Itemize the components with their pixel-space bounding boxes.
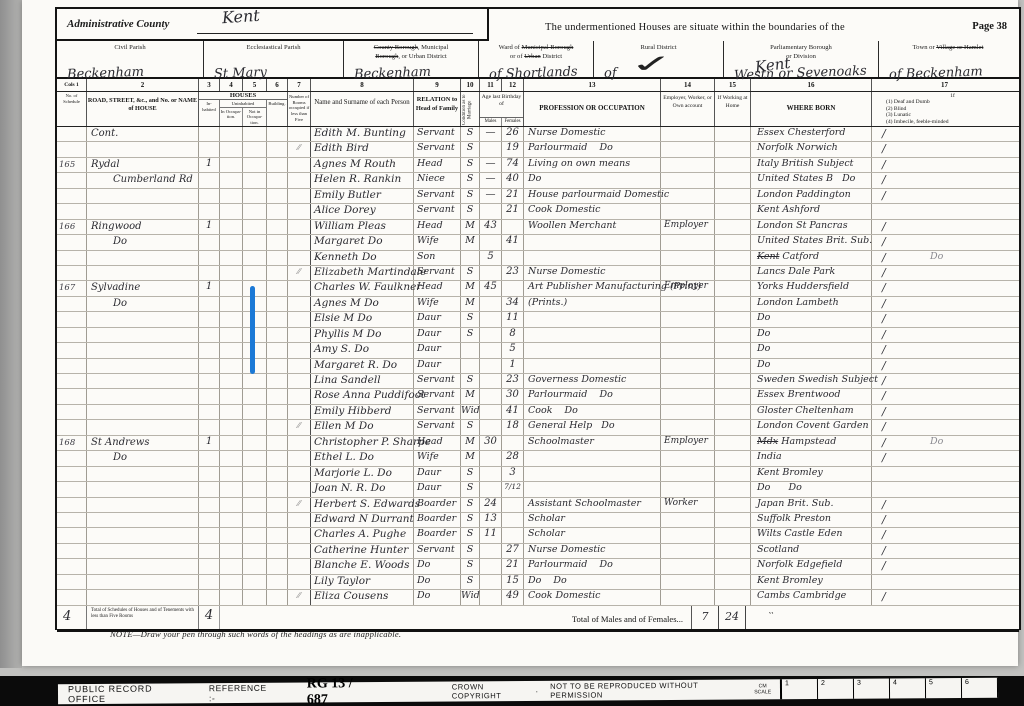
cell-infirmity: / — [872, 235, 1019, 249]
cell-schedule-number: 167 — [57, 281, 87, 295]
cell-employer-worker — [661, 513, 715, 527]
crown-copyright-label: CROWN COPYRIGHT — [452, 682, 524, 701]
cell-employer-worker — [661, 251, 715, 265]
cell-name: Edith Bird — [311, 142, 414, 156]
district-header-cell: Ecclesiastical ParishSt Mary — [204, 41, 344, 77]
cell-where-born: Lancs Dale Park — [751, 266, 872, 280]
cell-employer-worker: Employer — [661, 220, 715, 234]
cell-building — [267, 389, 288, 403]
cell-working-at-home — [715, 251, 751, 265]
column-headers: No. of Schedule ROAD, STREET, &c., and N… — [57, 92, 1019, 127]
cell-working-at-home — [715, 142, 751, 156]
cell-rooms — [288, 544, 311, 558]
cell-occupation: Governess Domestic — [524, 374, 661, 388]
district-header-cell: Parliamentary Boroughor DivisionWestn or… — [724, 41, 879, 77]
cell-age-female: 8 — [502, 328, 524, 342]
footnote: NOTE—Draw your pen through such words of… — [110, 629, 401, 639]
tick-mark: / — [882, 173, 886, 186]
cell-uninhabited-occupied — [220, 590, 243, 604]
cell-building — [267, 559, 288, 573]
cell-address: Ringwood — [87, 220, 199, 234]
cell-employer-worker — [661, 204, 715, 218]
cell-age-female: 26 — [502, 127, 524, 141]
cell-condition: S — [461, 528, 480, 542]
cell-where-born: London St Pancras — [751, 220, 872, 234]
cell-relation: Daur — [414, 328, 461, 342]
cell-rooms — [288, 158, 311, 172]
cell-rooms — [288, 359, 311, 373]
cell-age-male: 24 — [480, 498, 502, 512]
tick-mark: / — [882, 328, 886, 341]
cell-uninhabited-not-occupied — [243, 266, 267, 280]
cell-rooms: ∕∕ — [288, 420, 311, 434]
cell-name: Herbert S. Edwards — [311, 498, 414, 512]
cell-relation: Boarder — [414, 528, 461, 542]
cell-inhabited — [199, 328, 220, 342]
admin-county-value: Kent — [221, 6, 260, 28]
cell-age-male — [480, 544, 502, 558]
cell-rooms — [288, 436, 311, 450]
cell-age-male — [480, 389, 502, 403]
record-row: Cumberland RdHelen R. RankinNieceS—40DoU… — [57, 173, 1019, 188]
cell-schedule-number — [57, 374, 87, 388]
cell-employer-worker — [661, 528, 715, 542]
cell-uninhabited-occupied — [220, 343, 243, 357]
cell-schedule-number — [57, 544, 87, 558]
cell-employer-worker — [661, 467, 715, 481]
cell-working-at-home — [715, 266, 751, 280]
cell-inhabited — [199, 173, 220, 187]
cell-inhabited — [199, 374, 220, 388]
reference-value: RG 13 / 687 — [307, 676, 367, 706]
cell-occupation: Scholar — [524, 528, 661, 542]
cell-age-male — [480, 420, 502, 434]
cell-building — [267, 266, 288, 280]
colhead-relation: RELATION to Head of Family — [414, 92, 461, 126]
cell-uninhabited-occupied — [220, 251, 243, 265]
cell-infirmity: / — [872, 420, 1019, 434]
tick-mark: / — [882, 513, 886, 526]
cell-uninhabited-occupied — [220, 374, 243, 388]
cell-infirmity: / — [872, 389, 1019, 403]
column-number: 14 — [661, 79, 715, 91]
district-header-label: Town or Village or Hamlet — [879, 41, 1017, 53]
cell-schedule-number: 166 — [57, 220, 87, 234]
cell-where-born: Wilts Castle Eden — [751, 528, 872, 542]
cell-relation: Servant — [414, 405, 461, 419]
cell-name: Charles A. Pughe — [311, 528, 414, 542]
tick-mark: / — [882, 559, 886, 572]
cell-working-at-home — [715, 328, 751, 342]
colhead-condition: Condition as to Marriage — [461, 92, 480, 126]
cell-age-female: 27 — [502, 544, 524, 558]
cell-inhabited — [199, 405, 220, 419]
tick-mark: / — [882, 266, 886, 279]
district-header-value: of Shortlands — [489, 64, 578, 82]
cell-where-born: Scotland — [751, 544, 872, 558]
cell-rooms — [288, 251, 311, 265]
cell-infirmity: /Do — [872, 436, 1019, 450]
cell-rooms — [288, 559, 311, 573]
cell-uninhabited-occupied — [220, 142, 243, 156]
cell-inhabited: 1 — [199, 281, 220, 295]
cell-employer-worker: Employer — [661, 436, 715, 450]
record-row: Alice DoreyServantS21Cook DomesticKent A… — [57, 204, 1019, 219]
cell-building — [267, 528, 288, 542]
cell-working-at-home — [715, 127, 751, 141]
cell-schedule-number — [57, 528, 87, 542]
cell-employer-worker — [661, 590, 715, 604]
cell-age-female — [502, 281, 524, 295]
admin-county-label: Administrative County — [67, 18, 169, 30]
cell-uninhabited-not-occupied — [243, 204, 267, 218]
cell-uninhabited-occupied — [220, 513, 243, 527]
cell-name: Lina Sandell — [311, 374, 414, 388]
cell-rooms: ∕∕ — [288, 590, 311, 604]
cell-relation: Head — [414, 436, 461, 450]
cell-uninhabited-occupied — [220, 359, 243, 373]
cell-age-male: — — [480, 173, 502, 187]
record-row: Rose Anna PuddifootServantM30Parlourmaid… — [57, 389, 1019, 404]
cell-uninhabited-not-occupied — [243, 451, 267, 465]
cell-working-at-home — [715, 281, 751, 295]
cell-address — [87, 359, 199, 373]
cell-occupation: Cook Do — [524, 405, 661, 419]
cm-scale-cell: 1 — [782, 679, 818, 699]
tick-mark: / — [882, 297, 886, 310]
cell-name: Rose Anna Puddifoot — [311, 389, 414, 403]
cell-rooms — [288, 204, 311, 218]
cell-building — [267, 498, 288, 512]
cell-relation: Wife — [414, 235, 461, 249]
record-row: Joan N. R. DoDaurS7/12Do Do — [57, 482, 1019, 497]
cell-address: Do — [87, 235, 199, 249]
column-number: 9 — [414, 79, 461, 91]
cell-schedule-number — [57, 127, 87, 141]
cell-infirmity: / — [872, 328, 1019, 342]
district-header-label: Civil Parish — [57, 41, 203, 53]
cell-address — [87, 559, 199, 573]
cell-where-born: Do — [751, 312, 872, 326]
cell-age-male — [480, 467, 502, 481]
cell-age-female: 23 — [502, 374, 524, 388]
cell-address: Do — [87, 297, 199, 311]
record-row: Charles A. PugheBoarderS11ScholarWilts C… — [57, 528, 1019, 543]
cell-building — [267, 142, 288, 156]
cell-uninhabited-not-occupied — [243, 281, 267, 295]
cell-infirmity: / — [872, 312, 1019, 326]
cell-uninhabited-not-occupied — [243, 482, 267, 496]
cell-occupation — [524, 328, 661, 342]
cell-uninhabited-occupied — [220, 235, 243, 249]
tick-mark: / — [882, 312, 886, 325]
totals-extra-mark: ‵‵ — [768, 610, 773, 623]
cell-address — [87, 590, 199, 604]
district-header-cell: Town or Village or Hamletof Beckenham — [879, 41, 1017, 77]
cell-infirmity: / — [872, 498, 1019, 512]
cell-employer-worker — [661, 189, 715, 203]
tick-mark: / — [882, 220, 886, 233]
column-number: 10 — [461, 79, 480, 91]
permission-label: NOT TO BE REPRODUCED WITHOUT PERMISSION — [550, 681, 723, 700]
cell-where-born: Suffolk Preston — [751, 513, 872, 527]
record-row: Lina SandellServantS23Governess Domestic… — [57, 374, 1019, 389]
cell-uninhabited-occupied — [220, 467, 243, 481]
cell-age-female — [502, 436, 524, 450]
cell-name: Amy S. Do — [311, 343, 414, 357]
cell-age-female: 21 — [502, 189, 524, 203]
cell-infirmity: / — [872, 142, 1019, 156]
cell-working-at-home — [715, 343, 751, 357]
cell-name: Helen R. Rankin — [311, 173, 414, 187]
record-row: Blanche E. WoodsDoS21Parlourmaid DoNorfo… — [57, 559, 1019, 574]
colhead-age-last-birthday: Age last Birthday of — [480, 92, 523, 117]
cell-inhabited — [199, 467, 220, 481]
cell-name: Margaret R. Do — [311, 359, 414, 373]
cell-relation: Head — [414, 281, 461, 295]
record-row: 165Rydal1Agnes M RouthHeadS—74Living on … — [57, 158, 1019, 173]
cell-name: William Pleas — [311, 220, 414, 234]
record-row: Kenneth DoSon5Kent Catford/Do — [57, 251, 1019, 266]
cell-condition: S — [461, 374, 480, 388]
cell-inhabited — [199, 359, 220, 373]
cell-occupation — [524, 343, 661, 357]
cell-inhabited — [199, 544, 220, 558]
record-row: ∕∕Edith BirdServantS19Parlourmaid DoNorf… — [57, 142, 1019, 157]
cm-scale-label: CM SCALE — [751, 683, 774, 696]
cell-where-born: United States B Do — [751, 173, 872, 187]
cell-infirmity: / — [872, 220, 1019, 234]
cell-name: Phyllis M Do — [311, 328, 414, 342]
cell-infirmity: / — [872, 158, 1019, 172]
cell-inhabited — [199, 482, 220, 496]
cell-working-at-home — [715, 498, 751, 512]
tick-mark: / — [882, 127, 886, 140]
total-males-females-label: Total of Males and of Females... — [220, 606, 692, 629]
cell-rooms — [288, 575, 311, 589]
cell-uninhabited-not-occupied — [243, 528, 267, 542]
cell-working-at-home — [715, 405, 751, 419]
record-row: Amy S. DoDaur5Do/ — [57, 343, 1019, 358]
cell-where-born: Norfolk Edgefield — [751, 559, 872, 573]
cell-occupation: Schoolmaster — [524, 436, 661, 450]
admin-county-underline — [197, 33, 473, 34]
colhead-name-surname: Name and Surname of each Person — [311, 92, 414, 126]
cell-schedule-number — [57, 590, 87, 604]
cell-age-female — [502, 220, 524, 234]
cell-rooms — [288, 220, 311, 234]
record-row: ∕∕Eliza CousensDoWid49Cook DomesticCambs… — [57, 590, 1019, 605]
cell-inhabited — [199, 297, 220, 311]
cell-age-female: 74 — [502, 158, 524, 172]
cell-condition: S — [461, 498, 480, 512]
cell-schedule-number — [57, 343, 87, 357]
cell-infirmity: / — [872, 405, 1019, 419]
cell-occupation: Parlourmaid Do — [524, 142, 661, 156]
cell-infirmity: / — [872, 281, 1019, 295]
record-row: Cont.Edith M. BuntingServantS—26Nurse Do… — [57, 127, 1019, 142]
cell-building — [267, 158, 288, 172]
cell-name: Edith M. Bunting — [311, 127, 414, 141]
cell-relation: Wife — [414, 297, 461, 311]
colhead-in-occupation: In Occupa- tion. — [220, 108, 243, 126]
cell-building — [267, 328, 288, 342]
cell-occupation: Do — [524, 173, 661, 187]
cell-infirmity — [872, 575, 1019, 589]
cell-schedule-number — [57, 482, 87, 496]
cell-schedule-number — [57, 575, 87, 589]
cell-uninhabited-occupied — [220, 127, 243, 141]
cell-name: Margaret Do — [311, 235, 414, 249]
cell-address — [87, 142, 199, 156]
cell-building — [267, 189, 288, 203]
cell-where-born: Essex Chesterford — [751, 127, 872, 141]
cell-schedule-number — [57, 405, 87, 419]
cell-uninhabited-occupied — [220, 189, 243, 203]
cell-rooms — [288, 389, 311, 403]
cell-employer-worker — [661, 559, 715, 573]
cell-age-male — [480, 451, 502, 465]
cell-relation: Servant — [414, 374, 461, 388]
colhead-houses-group: HOUSES In- habited Uninhabited In Occupa… — [199, 92, 288, 126]
tick-mark: / — [882, 436, 886, 449]
column-number: 13 — [524, 79, 661, 91]
cell-relation: Servant — [414, 142, 461, 156]
cell-infirmity: / — [872, 544, 1019, 558]
record-row: Catherine HunterServantS27Nurse Domestic… — [57, 544, 1019, 559]
record-row: ∕∕Ellen M DoServantS18General Help DoLon… — [57, 420, 1019, 435]
cell-name: Emily Hibberd — [311, 405, 414, 419]
cell-relation: Head — [414, 220, 461, 234]
cell-condition: M — [461, 436, 480, 450]
cell-address — [87, 204, 199, 218]
cell-uninhabited-not-occupied — [243, 436, 267, 450]
tick-mark: / — [882, 235, 886, 248]
record-rows: Cont.Edith M. BuntingServantS—26Nurse Do… — [57, 127, 1019, 606]
cell-rooms — [288, 235, 311, 249]
cell-age-male — [480, 405, 502, 419]
cell-name: Eliza Cousens — [311, 590, 414, 604]
cell-building — [267, 374, 288, 388]
cell-age-male: 30 — [480, 436, 502, 450]
cell-inhabited — [199, 204, 220, 218]
cell-name: Ethel L. Do — [311, 451, 414, 465]
cell-rooms — [288, 405, 311, 419]
cell-infirmity: / — [872, 559, 1019, 573]
district-header-label: Parliamentary Boroughor Division — [724, 41, 878, 61]
cell-age-female — [502, 498, 524, 512]
district-header-value: Beckenham — [354, 65, 431, 83]
cell-inhabited — [199, 251, 220, 265]
cell-condition: S — [461, 312, 480, 326]
total-schedules-value: 4 — [199, 606, 220, 629]
cell-rooms — [288, 127, 311, 141]
tick-mark: / — [882, 389, 886, 402]
cell-where-born: Do — [751, 359, 872, 373]
cell-age-male: — — [480, 189, 502, 203]
cell-address — [87, 374, 199, 388]
tick-mark: / — [882, 343, 886, 356]
cell-inhabited — [199, 189, 220, 203]
cell-occupation: Assistant Schoolmaster — [524, 498, 661, 512]
cell-infirmity: / — [872, 590, 1019, 604]
cell-infirmity: / — [872, 451, 1019, 465]
cell-occupation: Nurse Domestic — [524, 266, 661, 280]
cell-relation: Servant — [414, 544, 461, 558]
cell-uninhabited-occupied — [220, 498, 243, 512]
cell-schedule-number — [57, 451, 87, 465]
cell-relation: Daur — [414, 467, 461, 481]
cell-working-at-home — [715, 158, 751, 172]
cell-inhabited — [199, 590, 220, 604]
cell-building — [267, 590, 288, 604]
cell-address — [87, 389, 199, 403]
cell-age-male — [480, 343, 502, 357]
cell-where-born: Essex Brentwood — [751, 389, 872, 403]
cell-rooms — [288, 312, 311, 326]
totals-row: 4 Total of Schedules of Houses and of Te… — [57, 606, 1019, 632]
cell-occupation — [524, 251, 661, 265]
cell-relation: Daur — [414, 343, 461, 357]
record-row: Marjorie L. DoDaurS3Kent Bromley — [57, 467, 1019, 482]
cell-building — [267, 467, 288, 481]
cell-age-female: 49 — [502, 590, 524, 604]
cell-condition: S — [461, 544, 480, 558]
cell-rooms — [288, 374, 311, 388]
cell-rooms — [288, 482, 311, 496]
cell-age-male — [480, 374, 502, 388]
cell-employer-worker — [661, 173, 715, 187]
cell-employer-worker — [661, 374, 715, 388]
cell-name: Agnes M Routh — [311, 158, 414, 172]
cell-occupation: Art Publisher Manufacturing (Print) — [524, 281, 661, 295]
cell-address: Cont. — [87, 127, 199, 141]
cell-age-female: 41 — [502, 405, 524, 419]
cell-schedule-number: 168 — [57, 436, 87, 450]
cell-uninhabited-occupied — [220, 281, 243, 295]
cell-building — [267, 451, 288, 465]
cell-where-born: Do — [751, 343, 872, 357]
cell-where-born: United States Brit. Sub. — [751, 235, 872, 249]
cell-infirmity: / — [872, 189, 1019, 203]
cell-age-female: 11 — [502, 312, 524, 326]
cell-employer-worker — [661, 405, 715, 419]
cell-age-male: 13 — [480, 513, 502, 527]
tick-mark: / — [882, 498, 886, 511]
cell-working-at-home — [715, 513, 751, 527]
cell-where-born: Do Do — [751, 482, 872, 496]
cell-address: Sylvadine — [87, 281, 199, 295]
cell-uninhabited-not-occupied — [243, 142, 267, 156]
cell-condition: S — [461, 266, 480, 280]
cell-employer-worker — [661, 482, 715, 496]
cell-uninhabited-occupied — [220, 482, 243, 496]
cell-occupation: Living on own means — [524, 158, 661, 172]
colhead-building: Building. — [267, 100, 287, 126]
cell-building — [267, 575, 288, 589]
cell-occupation — [524, 467, 661, 481]
district-header-label: County Borough, MunicipalBorough, or Urb… — [344, 41, 478, 61]
cell-relation: Do — [414, 559, 461, 573]
cell-condition — [461, 359, 480, 373]
cell-employer-worker — [661, 235, 715, 249]
cell-rooms — [288, 513, 311, 527]
cell-inhabited: 1 — [199, 158, 220, 172]
cell-uninhabited-not-occupied — [243, 498, 267, 512]
cell-schedule-number — [57, 251, 87, 265]
cell-condition — [461, 343, 480, 357]
cell-condition: S — [461, 575, 480, 589]
